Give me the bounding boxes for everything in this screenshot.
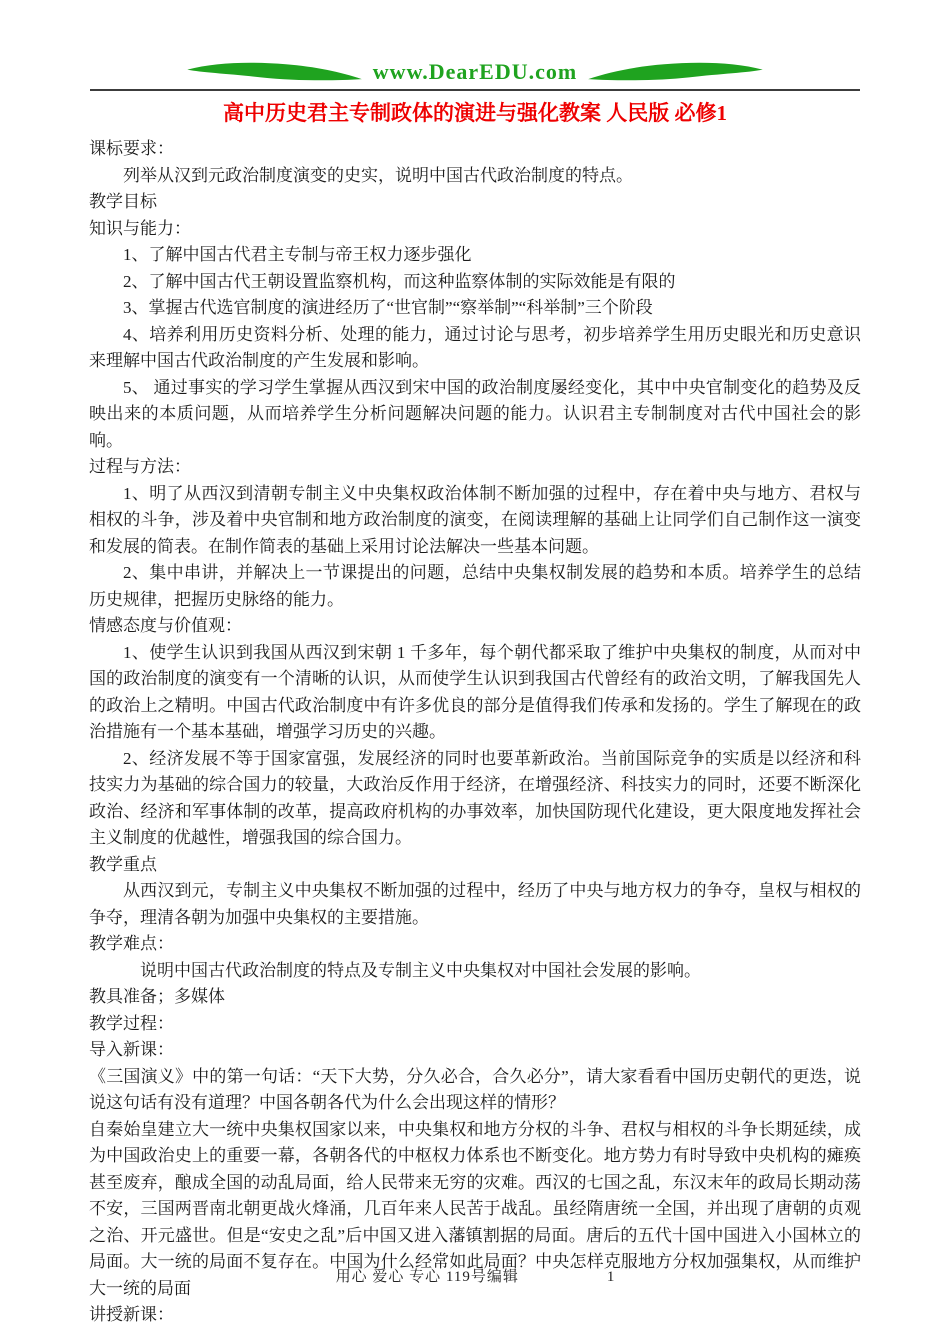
paragraph-line: 知识与能力： — [89, 216, 861, 243]
page-number: 1 — [607, 1269, 615, 1286]
document-page: www.DearEDU.com 高中历史君主专制政体的演进与强化教案 人民版 必… — [0, 0, 950, 1344]
page-footer: 用心 爱心 专心 119号编辑 1 — [0, 1265, 950, 1286]
paragraph-line: 教学目标 — [89, 189, 861, 216]
paragraph-line: 教学重点 — [89, 852, 861, 879]
site-logo: www.DearEDU.com — [0, 0, 950, 87]
paragraph-line: 《三国演义》中的第一句话：“天下大势，分久必合，合久必分”，请大家看看中国历史朝… — [89, 1064, 861, 1117]
paragraph-line: 教具准备；多媒体 — [89, 984, 861, 1011]
paragraph-line: 1、使学生认识到我国从西汉到宋朝 1 千多年，每个朝代都采取了维护中央集权的制度… — [89, 640, 861, 746]
paragraph-line: 3、掌握古代选官制度的演进经历了“世官制”“察举制”“科举制”三个阶段 — [89, 295, 861, 322]
paragraph-line: 教学过程： — [89, 1011, 861, 1038]
paragraph-line: 过程与方法： — [89, 454, 861, 481]
paragraph-line: 教学难点： — [89, 931, 861, 958]
paragraph-line: 从西汉到元，专制主义中央集权不断加强的过程中，经历了中央与地方权力的争夺，皇权与… — [89, 878, 861, 931]
document-body: 课标要求：列举从汉到元政治制度演变的史实，说明中国古代政治制度的特点。教学目标知… — [89, 136, 861, 1329]
paragraph-line: 4、培养利用历史资料分析、处理的能力，通过讨论与思考，初步培养学生用历史眼光和历… — [89, 322, 861, 375]
paragraph-line: 5、 通过事实的学习学生掌握从西汉到宋中国的政治制度屡经变化，其中中央官制变化的… — [89, 375, 861, 455]
paragraph-line: 2、经济发展不等于国家富强，发展经济的同时也要革新政治。当前国际竞争的实质是以经… — [89, 746, 861, 852]
paragraph-line: 说明中国古代政治制度的特点及专制主义中央集权对中国社会发展的影响。 — [89, 958, 861, 985]
paragraph-line: 情感态度与价值观： — [89, 613, 861, 640]
paragraph-line: 列举从汉到元政治制度演变的史实，说明中国古代政治制度的特点。 — [89, 163, 861, 190]
paragraph-line: 2、了解中国古代王朝设置监察机构，而这种监察体制的实际效能是有限的 — [89, 269, 861, 296]
swoosh-right-icon — [587, 59, 765, 85]
paragraph-line: 1、了解中国古代君主专制与帝王权力逐步强化 — [89, 242, 861, 269]
logo-text: www.DearEDU.com — [373, 59, 577, 85]
paragraph-line: 2、集中串讲，并解决上一节课提出的问题，总结中央集权制发展的趋势和本质。培养学生… — [89, 560, 861, 613]
paragraph-line: 讲授新课： — [89, 1302, 861, 1329]
paragraph-line: 导入新课： — [89, 1037, 861, 1064]
footer-slogan: 用心 爱心 专心 119号编辑 — [336, 1265, 519, 1286]
paragraph-line: 1、明了从西汉到清朝专制主义中央集权政治体制不断加强的过程中，存在着中央与地方、… — [89, 481, 861, 561]
paragraph-line: 课标要求： — [89, 136, 861, 163]
page-title: 高中历史君主专制政体的演进与强化教案 人民版 必修1 — [25, 99, 925, 127]
header-divider — [90, 89, 860, 91]
swoosh-left-icon — [185, 59, 363, 85]
